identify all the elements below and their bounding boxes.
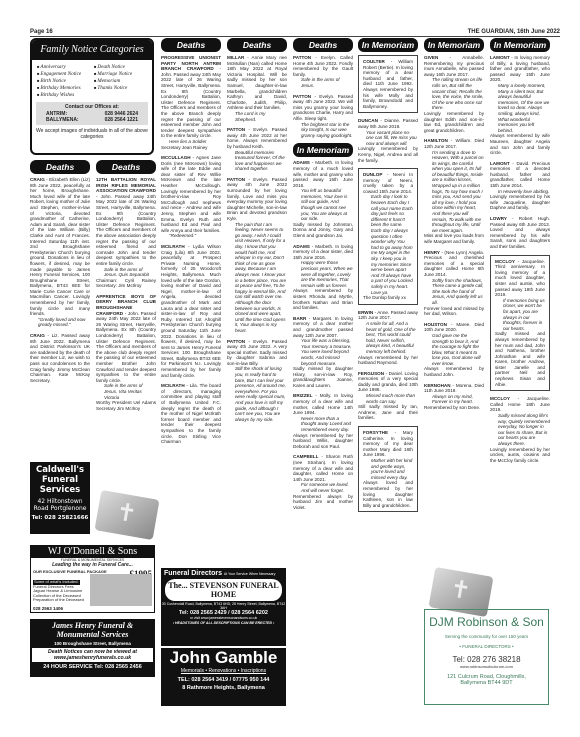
notice-verse: Your life was a blessing, Your memory a … [293, 338, 353, 366]
notice-name: PATTON [227, 177, 245, 182]
family-notice-categories: Family Notice Categories Anniversary Dea… [30, 38, 154, 155]
notice-name: PROGRESSIVE UNIONIST PARTY NORTH ANTRIM … [161, 55, 221, 71]
notice-signature: Lovingly remembered by daughter Edith an… [424, 111, 484, 133]
notice-signature: Worthy President Uel Adams Secretary Jim… [96, 400, 156, 411]
notice-name: CRAIG [30, 177, 45, 182]
funeral-home-photo [90, 574, 152, 606]
notice: DUNLOP - Neeni In memory of Neeni, cruel… [358, 168, 418, 305]
notice-verse: If memories bring us closer, we won't be… [495, 298, 545, 332]
notice-verse: Always on my mind, Forever in my heart. [424, 394, 484, 405]
bible-icon [94, 490, 159, 540]
category-item: Thanks Notice [94, 85, 147, 91]
office-row: BALLYMENA:028 2564 1221 [40, 117, 144, 123]
notice-verse: God gave me the strength to bear it, And… [424, 333, 484, 367]
ad-address: 42 Hiltonstown Road Portglenone [30, 498, 90, 512]
notice: FERGUSON - Daniel. Loving memories of a … [358, 371, 418, 421]
notice-name: LOWRY [490, 216, 507, 221]
ad-tagline: Serving the community for over 150 years [425, 634, 548, 639]
notice: APPRENTICE BOYS OF DERRY BRANCH CLUB BRO… [96, 294, 156, 411]
notice-verse: A smile for all, And a heart of gold, On… [358, 321, 418, 355]
notice-column: DeathsCRAIG - Elizabeth Ellen (Liz) 8th … [30, 160, 90, 388]
notice: MCCULLAGH - Agnes Jane Doris (nee McKeow… [161, 155, 221, 239]
stevenson-ad: Funeral Directors At Your Service When N… [161, 568, 286, 646]
notice-signature: Lovingly remembered by Kenny, Nigel, And… [358, 146, 418, 163]
notice-verse: Still the shock of losing you, Is really… [227, 366, 287, 422]
notice-text: - Annie Mary nee McMullan (Nan) called H… [227, 55, 287, 110]
notice-column: In MemoriamGIVEN - Annabelle. Rememberin… [424, 38, 484, 416]
notice-text: - Evelyn. Passed away 4th June 2022 surr… [227, 177, 287, 221]
notice-name: PATTON [227, 339, 245, 344]
notice-name: COULTER [363, 59, 385, 64]
office-phone: 028 2564 1221 [105, 117, 138, 123]
notice-signature: Always loved and remembered by her lovin… [363, 480, 413, 508]
notice-name: HOUSTON [424, 322, 447, 327]
ad-topsub: At Your Service When Necessary [224, 572, 276, 576]
notice: MCILRATH - Lydia Wilson Craig (Lila) 8th… [161, 244, 221, 378]
contact-box: Contact our Offices at: ANTRIM:028 9446 … [36, 102, 148, 125]
notice: HAMILTON - William. Died 12th June 2017.… [424, 138, 484, 244]
notice: ADAMS - Marbeth. In loving memory of a d… [293, 244, 353, 311]
notice: PROGRESSIVE UNIONIST PARTY NORTH ANTRIM … [161, 55, 221, 150]
notice-name: MCCULLAGH [161, 155, 191, 160]
notice: MILLAR - Annie Mary nee McMullan (Nan) c… [227, 55, 287, 122]
notice-signature: Forever loved and missed by her dad, Wil… [424, 306, 484, 317]
notice-verse: Your vacant place no-one can fill, We mi… [358, 130, 418, 147]
notice: HENRY - (Nee Lynn) Angela. Precious and … [424, 250, 484, 317]
category-item: Engagement Notice [37, 71, 90, 77]
notice: PATTON - Evelyn. Passed away 4th June 20… [227, 177, 287, 334]
page-number: Page 16 [30, 29, 53, 35]
category-item: Anniversary [37, 64, 90, 70]
notice: DUNCAN - Dianne. Passed away 9th June 20… [358, 118, 418, 163]
notice-signature: Always remembered by wife Maureen, daugh… [490, 133, 550, 155]
notice-name: PATTON [227, 127, 245, 132]
paper-title: THE GUARDIAN, 16th June 2022 [468, 29, 560, 35]
notice: PATTON - Evelyn. Passed away 4th June 20… [227, 127, 287, 172]
notice-verse: Happy were those precious years, When we… [293, 260, 353, 288]
categories-title: Family Notice Categories [32, 40, 152, 60]
notice-column: DeathsMILLAR - Annie Mary nee McMullan (… [227, 38, 287, 427]
ad-name: The... STEVENSON FUNERAL HOME [165, 579, 282, 601]
notice: LOWRY - Robert Hugh. Passed away 6th Jun… [490, 216, 550, 250]
notice: CAMPBELL - Sharon Ruth (nee Strahan). In… [293, 454, 353, 510]
notice-name: MCILRATH [161, 383, 185, 388]
gamble-ad: John Gamble Memorials • Renovations • In… [161, 648, 286, 706]
notice-verse: Safe in the arms of Jesus. Vita Veritas … [96, 383, 156, 400]
notice-verse: Never more than a thought away Loved and… [293, 416, 353, 433]
page-header: Page 16 THE GUARDIAN, 16th June 2022 [30, 27, 560, 37]
notice-name: HENRY [424, 250, 440, 255]
notice-column: DeathsPROGRESSIVE UNIONIST PARTY NORTH A… [161, 38, 221, 450]
ad-address: 100 Broughshane Street, Ballymena [30, 641, 155, 646]
section-banner: In Memoriam [293, 143, 353, 157]
notice: LAMONT - In loving memory of Billy, a lo… [490, 55, 550, 156]
notice-name: LAMONT [490, 161, 510, 166]
notice: CRAIG - Liz. Passed away 8th June 2022. … [30, 333, 90, 383]
notice-column: Deaths12TH BATTALION ROYAL IRISH RIFLES … [96, 160, 156, 416]
ad-name: Caldwell's Funeral Services [30, 462, 90, 495]
notice-verse: Softly from the shadows, There came a ge… [424, 278, 484, 306]
notice-name: PATTON [293, 55, 311, 60]
caldwell-ad: Caldwell's Funeral Services 42 Hiltonsto… [30, 462, 90, 534]
notice-signature: Lovingly remembered by her uncles, aunts… [490, 447, 550, 464]
category-item: Memoriam [94, 78, 147, 84]
notice-verse: The Lord is my Shepherd. [227, 111, 287, 122]
notice-text: - Agnes Jane Doris (nee McKeown) loving … [161, 155, 221, 233]
notice-verse: Mother with her kind and gentle ways, yo… [363, 458, 413, 480]
notice-name: CAMPBELL [293, 454, 319, 459]
notice: GIVEN - Annabelle. Remembering my precio… [424, 55, 484, 133]
notice: ERWIN - Anne. Passed away 12th June 2017… [358, 310, 418, 366]
notice-text: - Jacqueline. Third anniversary. In lovi… [495, 259, 545, 298]
section-banner: Deaths [96, 160, 156, 174]
notice: CRAIG - Elizabeth Ellen (Liz) 8th June 2… [30, 177, 90, 328]
notice-text: - Elizabeth Ellen (Liz) 8th June 2022, p… [30, 177, 90, 316]
section-banner: In Memoriam [490, 38, 550, 52]
notice: HOUSTON - Maree. Died 10th June 2020.God… [424, 322, 484, 378]
notice-signature: Sadly missed by daughter Hilary, son-in-… [293, 366, 353, 388]
notice-signature: Always remembered by husband John. [424, 366, 484, 377]
category-item: Birthday Wishes [37, 92, 90, 98]
notice-verse: "Greatly loved and now greatly missed." [30, 317, 90, 328]
notice-name: BARR [293, 316, 306, 321]
notice-verse: Beautiful memories treasured forever, Of… [227, 150, 287, 172]
notice-verse: The rolling stream on life rolls on, But… [424, 77, 484, 111]
notice-text: - Liz. Passed away 8th June 2022. Ballym… [30, 333, 90, 383]
notice-signature: Miss and love you loads from wife Margar… [424, 233, 484, 244]
notice-signature: Sadly missed by Johnston, Donna and Jonn… [293, 222, 353, 239]
notice-text: - Lydia Wilson Craig (Lila) 8th June 202… [161, 244, 221, 378]
notice-text: - John. Passed away 24th May 2022 late o… [161, 66, 221, 138]
notice-name: LAMONT [490, 55, 510, 60]
notice-name: KERNOHAN [424, 383, 451, 388]
notice: MCCLOY - Jacqueline. Third anniversary. … [490, 255, 550, 392]
odonnell-ad: WJ O'Donnell & Sons FUNERAL & MONUMENTAL… [30, 545, 155, 613]
notice-verse: Sadly missed along life's way, Quietly r… [490, 413, 550, 447]
notice-name: 12TH BATTALION ROYAL IRISH RIFLES MEMORI… [96, 177, 156, 193]
notice-name: CRAIG [30, 333, 45, 338]
ad-phone: Tel: 028 25821666 [30, 515, 90, 521]
ad-address: 121 Culcrum Road, Cloughmills, Ballymena… [425, 674, 548, 686]
ad-services: Memorials • Renovations • Inscriptions [161, 668, 286, 674]
notice: ADAMS - Marbeth. In loving memory of a m… [293, 160, 353, 238]
ad-web: www.robinsonsofculcrum.com [425, 664, 548, 669]
ad-web: or visit www.jamesstevensonandsons.co.uk [161, 616, 286, 620]
notice-name: PATTON [293, 94, 311, 99]
section-banner: Deaths [293, 38, 353, 52]
category-item: Birth Notice [37, 78, 90, 84]
section-banner: Deaths [227, 38, 287, 52]
notice-name: BRIZZEL [293, 393, 312, 398]
ad-sub: • FUNERAL DIRECTORS • [425, 644, 548, 649]
notice-name: DUNLOP [363, 172, 382, 177]
categories-footer: We accept images of individuals in all o… [32, 125, 152, 143]
ad-name: WJ O'Donnell & Sons [31, 546, 154, 558]
section-banner: Deaths [161, 38, 221, 52]
notice-verse: Missed much more than words can say. [358, 393, 418, 404]
ad-name: James Henry Funeral & Monumental Service… [30, 619, 155, 639]
notice: PATTON - Evelyn. Passed away 4th June 20… [227, 339, 287, 423]
notice: PATTON - Evelyn. Called Home 4th June 20… [293, 55, 353, 89]
office-name: BALLYMENA: [46, 117, 79, 123]
notice-text: - John. Passed away 24th May 2022 late o… [96, 311, 156, 383]
category-item: Death Notice [94, 64, 147, 70]
notice: PATTON - Evelyn. Passed away 4th June 20… [293, 94, 353, 139]
notice-verse: Safe in the arms of Jesus. Quis Separabi… [96, 267, 156, 278]
notice-signature: Remembered by son Dene. [424, 405, 484, 411]
notice-name: FERGUSON [358, 371, 384, 376]
notice-signature: Still sadly missed by Ian, Andrene, Jane… [358, 404, 418, 421]
notice-signature: Sadly missed and always remembered by he… [495, 331, 545, 387]
notice-signature: Lovingly remembered by his wife Jacqueli… [490, 194, 550, 211]
notice-verse: Safe in the arms of Jesus. [293, 77, 353, 88]
ad-phone: TEL: 028 2564 3419 / 07775 950 144 [161, 677, 286, 683]
notice-signature: Chairman: Cyril Rainey Secretary: Jim Mc… [96, 278, 156, 289]
ad-headstones: • HEADSTONES OF ALL DESCRIPTIONS CAN BE … [161, 621, 286, 625]
category-item: Marriage Notice [94, 71, 147, 77]
notice-name: ADAMS [293, 244, 310, 249]
notice: FORSYTHE - Mary Catherine. In loving mem… [358, 426, 418, 512]
ad-phone: Tel: 028 276 38218 [425, 655, 548, 664]
notice-name: ADAMS [293, 160, 310, 165]
notice-verse: I'm sending a dove to Heaven, With a par… [424, 150, 484, 234]
notice-name: DUNCAN [358, 118, 378, 123]
ad-name: DJM Robinson & Son [425, 615, 548, 629]
notice-signature: Secretary Jean Rainey [161, 145, 221, 151]
notice-verse: For someone we loved. And will never for… [293, 482, 353, 493]
ad-address: 8 Rathmore Heights, Ballymena [161, 685, 286, 691]
notice-name: MCCLOY [495, 259, 515, 264]
notice-signature: Remembered always by husband Jim and mot… [293, 494, 353, 511]
notice-name: MILLAR [227, 55, 244, 60]
notice-name: ERWIN [358, 310, 373, 315]
section-banner: In Memoriam [424, 38, 484, 52]
notice-column: DeathsPATTON - Evelyn. Called Home 4th J… [293, 38, 353, 515]
notice-signature: Always remembered by sisters Rhonda and … [293, 288, 353, 310]
notice-verse: The brightest star in the sky tonight, I… [293, 122, 353, 139]
notice-column: In MemoriamLAMONT - In loving memory of … [490, 38, 550, 468]
notice-text: - Robert Hugh. Passed away 6th June 2013… [490, 216, 550, 249]
notice: BRIZZEL - Molly. In loving memory of a d… [293, 393, 353, 449]
notice-name: GIVEN [424, 55, 438, 60]
notice-signature: The Dunlop family xx [363, 295, 413, 301]
notice-text: - Lila. The board of directors, managing… [161, 383, 221, 444]
notice-signature: Always remembered by her husband Raymond… [358, 355, 418, 366]
notice-verse: Many a lonely moment, Many a silent tear… [490, 83, 550, 133]
category-item: Birthday Memories [37, 85, 90, 91]
djm-robinson-ad: DJM Robinson & Son Serving the community… [424, 609, 549, 705]
notice: KERNOHAN - Morena. Died 11th June 2019.A… [424, 383, 484, 411]
notice-name: FORSYTHE [363, 430, 388, 435]
ad-note: Death Notices can now be viewed at www.j… [32, 648, 153, 662]
notice: MCILRATH - Lila. The board of directors,… [161, 383, 221, 445]
ad-address: 30 Cushendall Road, Ballymena, BT43 6HD;… [161, 602, 286, 610]
notice-signature: Always remembered by her husband Willis,… [293, 433, 353, 450]
contact-heading: Contact our Offices at: [40, 104, 144, 110]
notice: LAMONT - David. Precious memories of a d… [490, 161, 550, 211]
notice: COULTER - William Robert (Bertie). In lo… [358, 55, 418, 113]
ad-phone: 24 HOUR SERVICE Tel: 028 2565 2456 [30, 664, 155, 670]
notice-verse: "Redeemed." [161, 233, 221, 239]
notice-name: MCILRATH [161, 244, 185, 249]
notice: BARR - Margaret. In loving memory of a d… [293, 316, 353, 389]
ad-top: Funeral Directors [164, 570, 222, 577]
notice-name: HAMILTON [424, 138, 448, 143]
notice-verse: The pain that I am feeling, Never seems … [227, 222, 287, 334]
notice-text: - John. Passed away 24th May 2022 late o… [96, 194, 156, 266]
ad-name: John Gamble [161, 648, 286, 668]
notice: 12TH BATTALION ROYAL IRISH RIFLES MEMORI… [96, 177, 156, 289]
section-banner: Deaths [30, 160, 90, 174]
ad-phone: 028 2563 1406 [33, 606, 63, 611]
notice-name: MCCLOY [490, 396, 510, 401]
notice-column: In MemoriamCOULTER - William Robert (Ber… [358, 38, 418, 517]
section-banner: In Memoriam [358, 38, 418, 52]
notice-verse: Each day I look to heaven Each day I cal… [363, 194, 413, 295]
notice-text: - William Robert (Bertie). In loving mem… [363, 59, 413, 109]
category-list: Anniversary Death Notice Engagement Noti… [32, 60, 152, 102]
notice: MCCLOY - Jacqueline. Called Home 18th Ju… [490, 396, 550, 463]
notice-verse: You left us beautiful memories, Your lov… [293, 188, 353, 222]
jameshenry-ad: James Henry Funeral & Monumental Service… [30, 619, 155, 677]
